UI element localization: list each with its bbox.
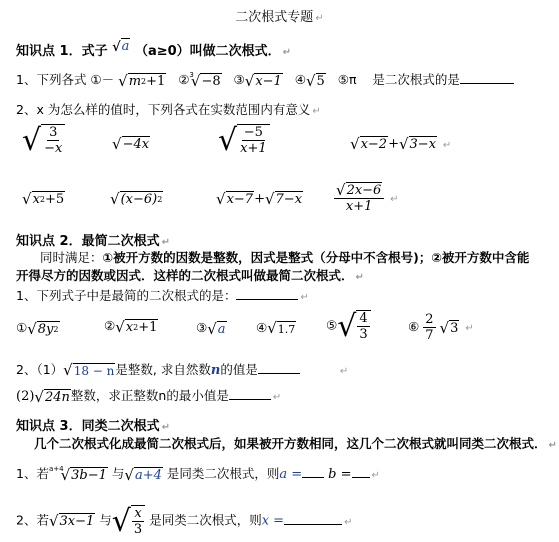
answer-blank[interactable]	[236, 287, 298, 300]
answer-blank[interactable]	[460, 71, 514, 84]
section2-definition-line2: 开得尽方的因数或因式．这样的二次根式叫做最简二次根式．↵	[16, 266, 364, 284]
expr-sqrt-x-7-plus-sqrt-7-x: √x−7+√7−x	[216, 191, 303, 207]
answer-blank[interactable]	[229, 387, 271, 400]
option-1: ①√8y2	[16, 320, 60, 337]
option-4: ④√1.7	[256, 320, 296, 336]
section2-q1: 1、下列式子中是最简的二次根式的是：↵	[16, 286, 309, 304]
expr-sqrt-neg5-over-x-plus-1: √−5x+1	[218, 124, 270, 156]
section3-q2: 2、若√3x−1 与√x3 是同类二次根式，则x =↵	[16, 505, 352, 537]
sqrt-5: √5	[306, 73, 326, 89]
answer-blank[interactable]	[258, 361, 300, 374]
option-6: ⑥27√3 ↵	[408, 312, 474, 343]
expr-sqrt-neg-4x: √−4x	[112, 136, 150, 152]
section2-definition-line1: 同时满足：①被开方数的因数是整数，因式是整式（分母中不含根号)；②被开方数中含能	[40, 248, 529, 266]
section3-q1: 1、若a+4√3b−1 与√a+4 是同类二次根式，则a = b =↵	[16, 464, 380, 483]
answer-blank[interactable]	[284, 512, 342, 525]
section2-q2-part1: 2、（1）√18 − n是整数, 求自然数n的值是 ↵	[16, 360, 348, 378]
section1-heading: 知识点 1．式子 √a （a≥0）叫做二次根式．↵	[16, 38, 291, 59]
option-5: ⑤√43	[326, 310, 371, 342]
sqrt-a: √a	[112, 38, 130, 54]
answer-blank-a[interactable]	[302, 465, 324, 478]
section3-definition: 几个二次根式化成最简二次根式后，如果被开方数相同，这几个二次根式就叫同类二次根式…	[34, 434, 557, 452]
expr-sqrt-x-minus-6-squared: √(x−6)2	[110, 191, 163, 207]
option-2: ②√x2 +1	[104, 318, 158, 335]
answer-blank-b[interactable]	[352, 465, 370, 478]
section2-q2-part2: (2)√24n整数，求正整数n的最小值是↵	[16, 386, 281, 405]
section2-heading: 知识点 2．最简二次根式↵	[16, 230, 170, 249]
section1-q1: 1、下列各式 ①－ √m2 +1 ②3√−8 ③√x−1 ④√5 ⑤π 是二次根…	[16, 70, 514, 89]
cbrt-neg8: 3√−8	[189, 73, 221, 89]
section3-heading: 知识点 3．同类二次根式↵	[16, 415, 170, 434]
expr-sqrt-3-over-neg-x: √3−x	[22, 124, 65, 156]
sqrt-x-minus-1: √x−1	[245, 73, 283, 89]
expr-sqrt-2x-6-over-x-plus-1: √2x−6x+1 ↵	[334, 182, 399, 214]
option-3: ③√a	[196, 320, 227, 337]
page-title: 二次根式专题↵	[0, 6, 559, 25]
expr-sqrt-x2-plus-5: √x2 +5	[22, 191, 65, 207]
section1-q2-text: 2、x 为怎么样的值时，下列各式在实数范围内有意义↵	[16, 100, 321, 118]
expr-sqrt-x-2-plus-sqrt-3-x: √x−2+√3−x ↵	[350, 136, 451, 152]
sqrt-m2-plus-1: √m2 +1	[118, 73, 166, 89]
